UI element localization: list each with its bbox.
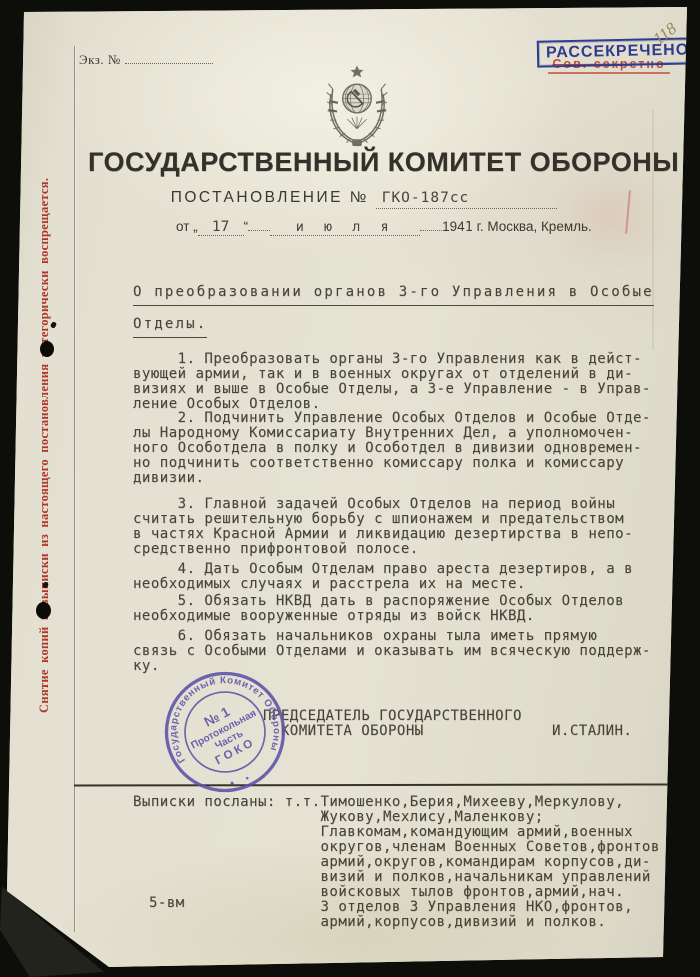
declassified-stamp: РАССЕКРЕЧЕНО [537, 37, 699, 67]
scanned-document-page: Экз. № Сов. секретно РАССЕКРЕЧЕНО 118 [0, 0, 700, 977]
ribbon-knot [352, 139, 362, 146]
organization-title: ГОСУДАРСТВЕННЫЙ КОМИТЕТ ОБОРОНЫ [88, 147, 640, 178]
typist-code: 5-вм [149, 896, 185, 911]
decree-number: ГКО-187сс [376, 190, 558, 209]
sun-rays [347, 117, 366, 129]
dotted-gap [420, 217, 442, 231]
decree-label: ПОСТАНОВЛЕНИЕ № [171, 189, 369, 206]
punch-hole [36, 602, 51, 619]
paragraph-2: 2. Подчинить Управление Особых Отделов и… [133, 411, 685, 486]
dotted-gap [248, 217, 270, 231]
date-place: г. Москва, Кремль. [473, 219, 592, 234]
date-month-typed: и ю л я [270, 219, 420, 236]
margin-copy-prohibition-note: Снятие копий и выписки из настоящего пос… [37, 191, 52, 713]
round-protocol-stamp: Государственный Комитет Обороны № 1 Прот… [137, 644, 313, 820]
paragraph-1: 1. Преобразовать органы 3-го Управления … [133, 352, 685, 412]
date-from-label: от „ [176, 219, 198, 234]
paragraph-4: 4. Дать Особым Отделам право ареста дезе… [133, 562, 685, 592]
date-day-typed: 17 [198, 219, 244, 236]
star-icon [351, 66, 364, 78]
paper-sheet: Экз. № Сов. секретно РАССЕКРЕЧЕНО 118 [0, 0, 700, 977]
signature-name-stalin: И.СТАЛИН. [552, 724, 632, 739]
date-year-typed: 1 [465, 219, 473, 235]
date-year-printed: 194 [442, 219, 465, 234]
ussr-coat-of-arms-icon [318, 64, 396, 152]
paragraph-3: 3. Главной задачей Особых Отделов на пер… [133, 497, 685, 557]
decree-heading: ПОСТАНОВЛЕНИЕ № ГКО-187сс [98, 189, 630, 207]
subject-line-1: О преобразовании органов 3-го Управления… [133, 284, 654, 306]
vertical-fold-crease [74, 46, 75, 932]
decree-subject: О преобразовании органов 3-го Управления… [133, 283, 654, 347]
subject-line-2: Отделы. [133, 316, 207, 338]
punch-hole [40, 341, 54, 357]
exemplar-label-text: Экз. № [79, 52, 121, 67]
exemplar-number-label: Экз. № [79, 51, 213, 68]
date-place-line: от „17“и ю л я1941 г. Москва, Кремль. [176, 217, 592, 236]
distribution-list: Выписки посланы: т.т.Тимошенко,Берия,Мих… [133, 795, 660, 930]
dotted-blank-line [125, 51, 213, 64]
paragraph-5: 5. Обязать НКВД дать в распоряжение Особ… [133, 594, 685, 624]
